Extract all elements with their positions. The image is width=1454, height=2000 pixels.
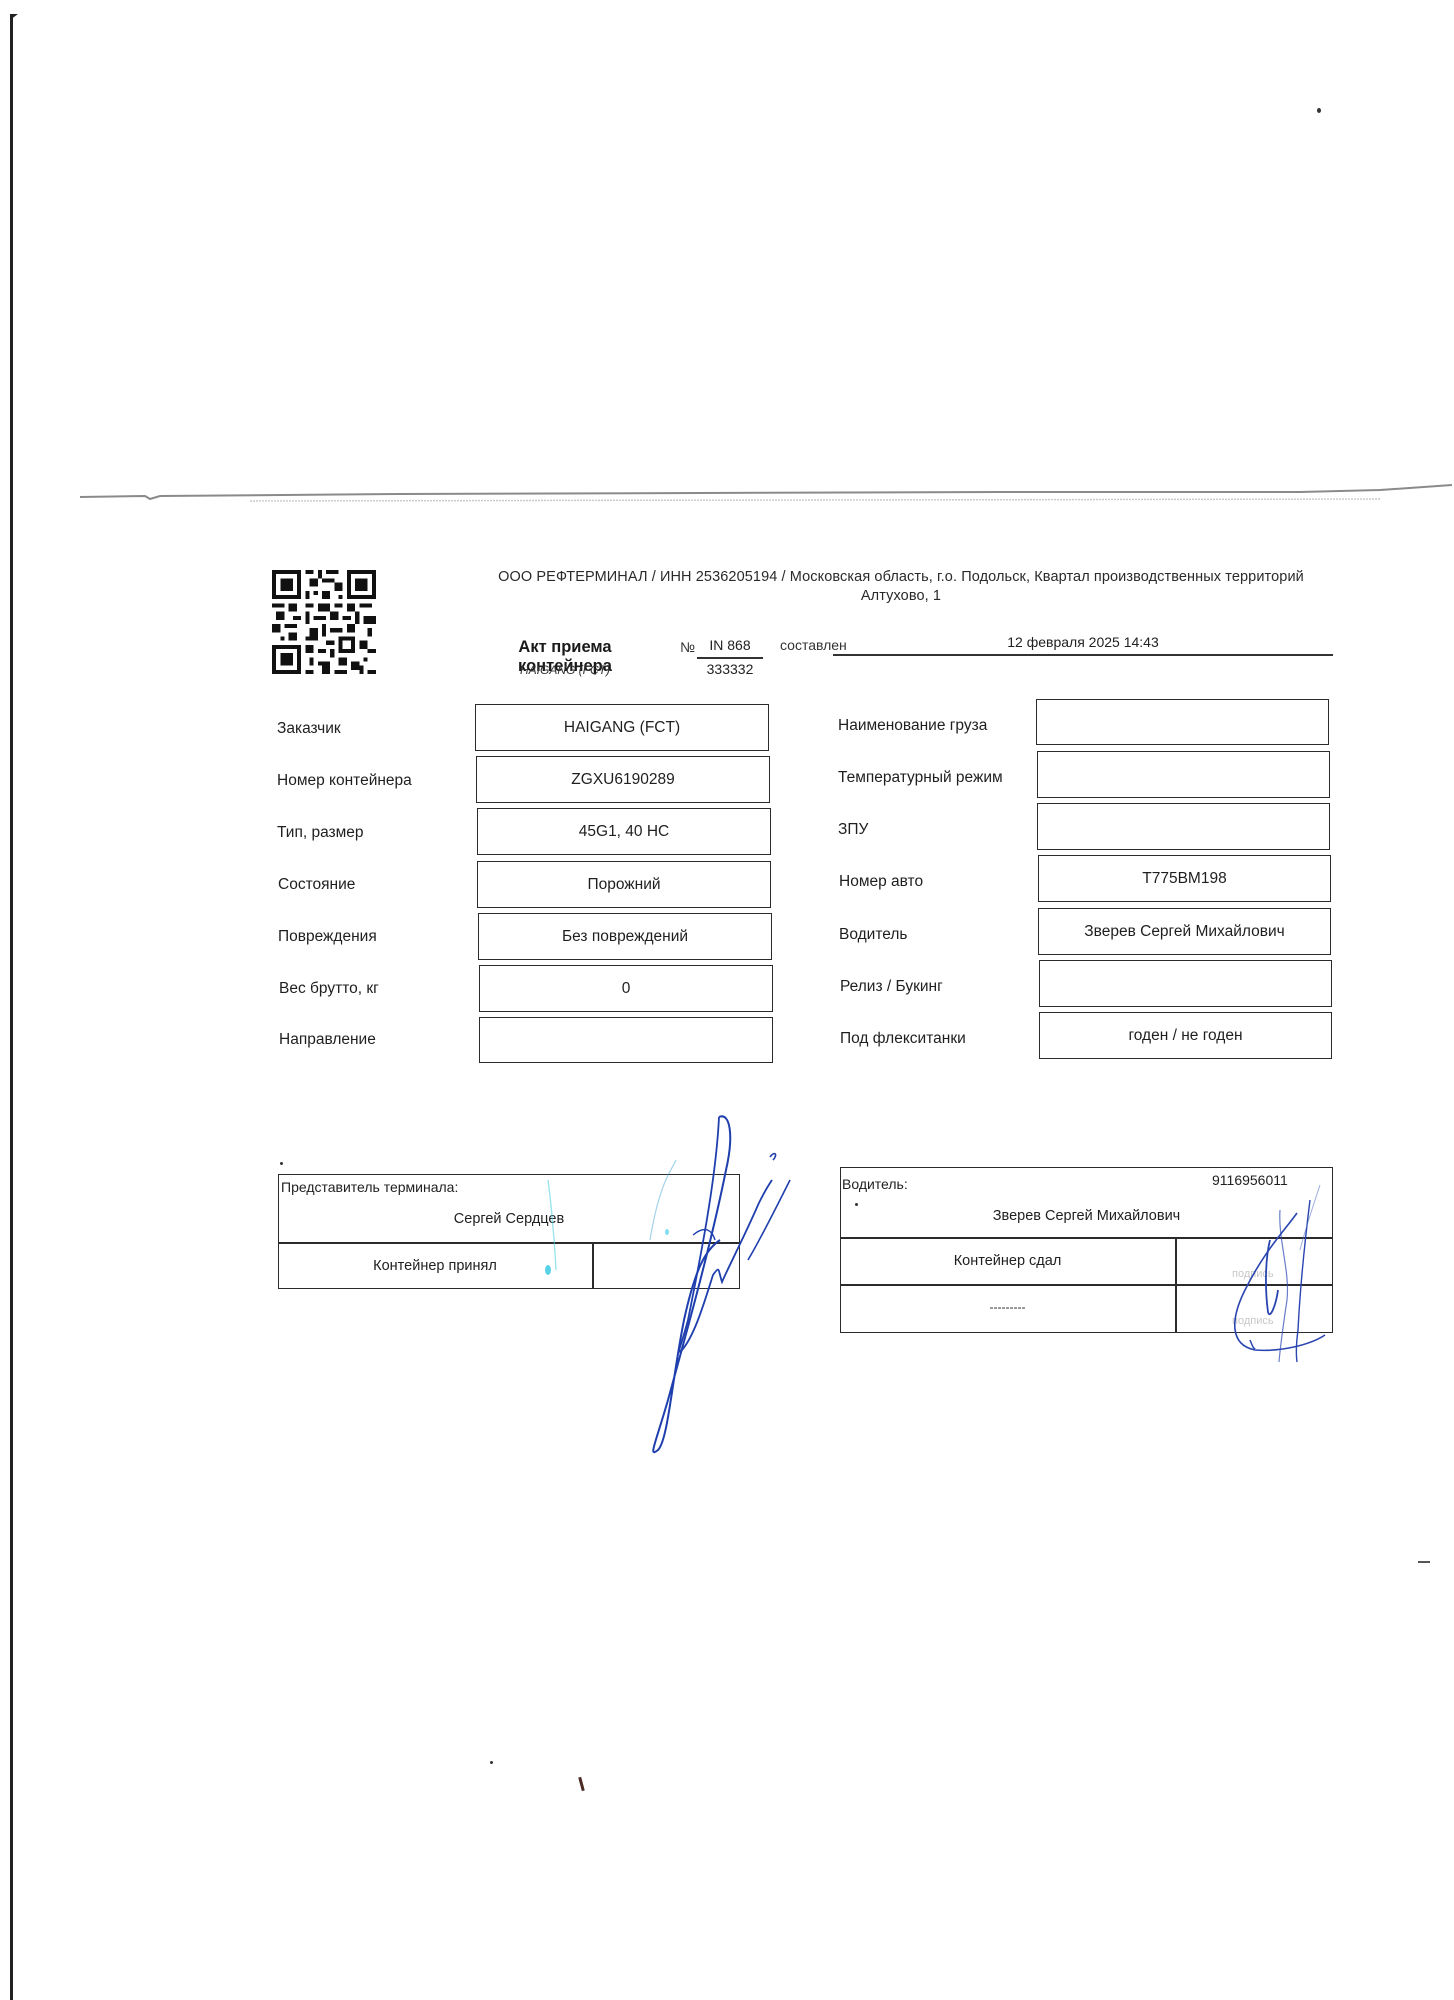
field-label-release-booking: Релиз / Букинг bbox=[840, 978, 943, 996]
document-number: IN 868 bbox=[697, 637, 763, 653]
scan-speck bbox=[578, 1777, 585, 1791]
field-customer[interactable]: HAIGANG (FCT) bbox=[475, 704, 769, 751]
field-label-container-number: Номер контейнера bbox=[277, 772, 412, 790]
composed-date: 12 февраля 2025 14:43 bbox=[833, 634, 1333, 650]
scan-speck bbox=[1418, 1561, 1430, 1563]
scan-speck bbox=[280, 1162, 283, 1165]
field-release-booking[interactable] bbox=[1039, 960, 1332, 1007]
field-label-damages: Повреждения bbox=[278, 928, 377, 946]
field-label-customer: Заказчик bbox=[277, 720, 341, 738]
scan-left-tick bbox=[10, 14, 18, 20]
field-label-gross-weight: Вес брутто, кг bbox=[279, 980, 379, 998]
driver-title: Водитель: bbox=[842, 1176, 908, 1192]
field-flexitank[interactable]: годен / не годен bbox=[1039, 1012, 1332, 1059]
field-label-flexitank: Под флекситанки bbox=[840, 1030, 966, 1048]
field-damages[interactable]: Без повреждений bbox=[478, 913, 772, 960]
field-cargo-name[interactable] bbox=[1036, 699, 1329, 745]
field-label-driver: Водитель bbox=[839, 926, 907, 944]
driver-signature-cell[interactable] bbox=[1177, 1238, 1332, 1284]
scan-speck bbox=[855, 1203, 858, 1206]
document-subtitle: HAIGANG (FCT) bbox=[470, 663, 660, 677]
field-container-number[interactable]: ZGXU6190289 bbox=[476, 756, 770, 803]
date-underline bbox=[833, 654, 1333, 656]
driver-phone: 9116956011 bbox=[1212, 1172, 1288, 1188]
field-label-seal: ЗПУ bbox=[838, 821, 868, 839]
field-label-type-size: Тип, размер bbox=[277, 824, 364, 842]
scan-left-edge bbox=[10, 14, 13, 2000]
field-condition[interactable]: Порожний bbox=[477, 861, 771, 908]
scan-speck bbox=[1317, 108, 1321, 113]
terminal-rep-name: Сергей Сердцев bbox=[278, 1211, 740, 1227]
terminal-action: Контейнер принял bbox=[278, 1258, 592, 1274]
field-gross-weight[interactable]: 0 bbox=[479, 965, 773, 1012]
number-sign: № bbox=[680, 639, 695, 655]
field-temperature[interactable] bbox=[1037, 751, 1330, 798]
field-driver[interactable]: Зверев Сергей Михайлович bbox=[1038, 908, 1331, 955]
number-underline bbox=[697, 657, 763, 659]
company-info: ООО РЕФТЕРМИНАЛ / ИНН 2536205194 / Моско… bbox=[478, 568, 1324, 606]
company-line-2: Алтухово, 1 bbox=[478, 587, 1324, 606]
field-label-condition: Состояние bbox=[278, 876, 355, 894]
driver-divider-2 bbox=[840, 1284, 1333, 1286]
company-line-1: ООО РЕФТЕРМИНАЛ / ИНН 2536205194 / Моско… bbox=[478, 568, 1324, 587]
terminal-signature-cell[interactable] bbox=[593, 1243, 739, 1288]
scan-speck bbox=[490, 1761, 493, 1764]
driver-name: Зверев Сергей Михайлович bbox=[840, 1208, 1333, 1224]
field-direction[interactable] bbox=[479, 1017, 773, 1063]
driver-action: Контейнер сдал bbox=[840, 1253, 1175, 1269]
terminal-rep-title: Представитель терминала: bbox=[281, 1179, 458, 1195]
field-seal[interactable] bbox=[1037, 803, 1330, 850]
field-label-direction: Направление bbox=[279, 1031, 376, 1049]
field-label-cargo-name: Наименование груза bbox=[838, 717, 987, 735]
qr-code-icon bbox=[272, 570, 376, 674]
document-number-sub: 333332 bbox=[697, 661, 763, 677]
field-label-temperature: Температурный режим bbox=[838, 769, 1003, 787]
driver-placeholder: --------- bbox=[840, 1300, 1175, 1314]
field-vehicle-number[interactable]: Т775ВМ198 bbox=[1038, 855, 1331, 902]
field-type-size[interactable]: 45G1, 40 HC bbox=[477, 808, 771, 855]
signature-watermark: подпись bbox=[1232, 1315, 1274, 1327]
field-label-vehicle-number: Номер авто bbox=[839, 873, 923, 891]
